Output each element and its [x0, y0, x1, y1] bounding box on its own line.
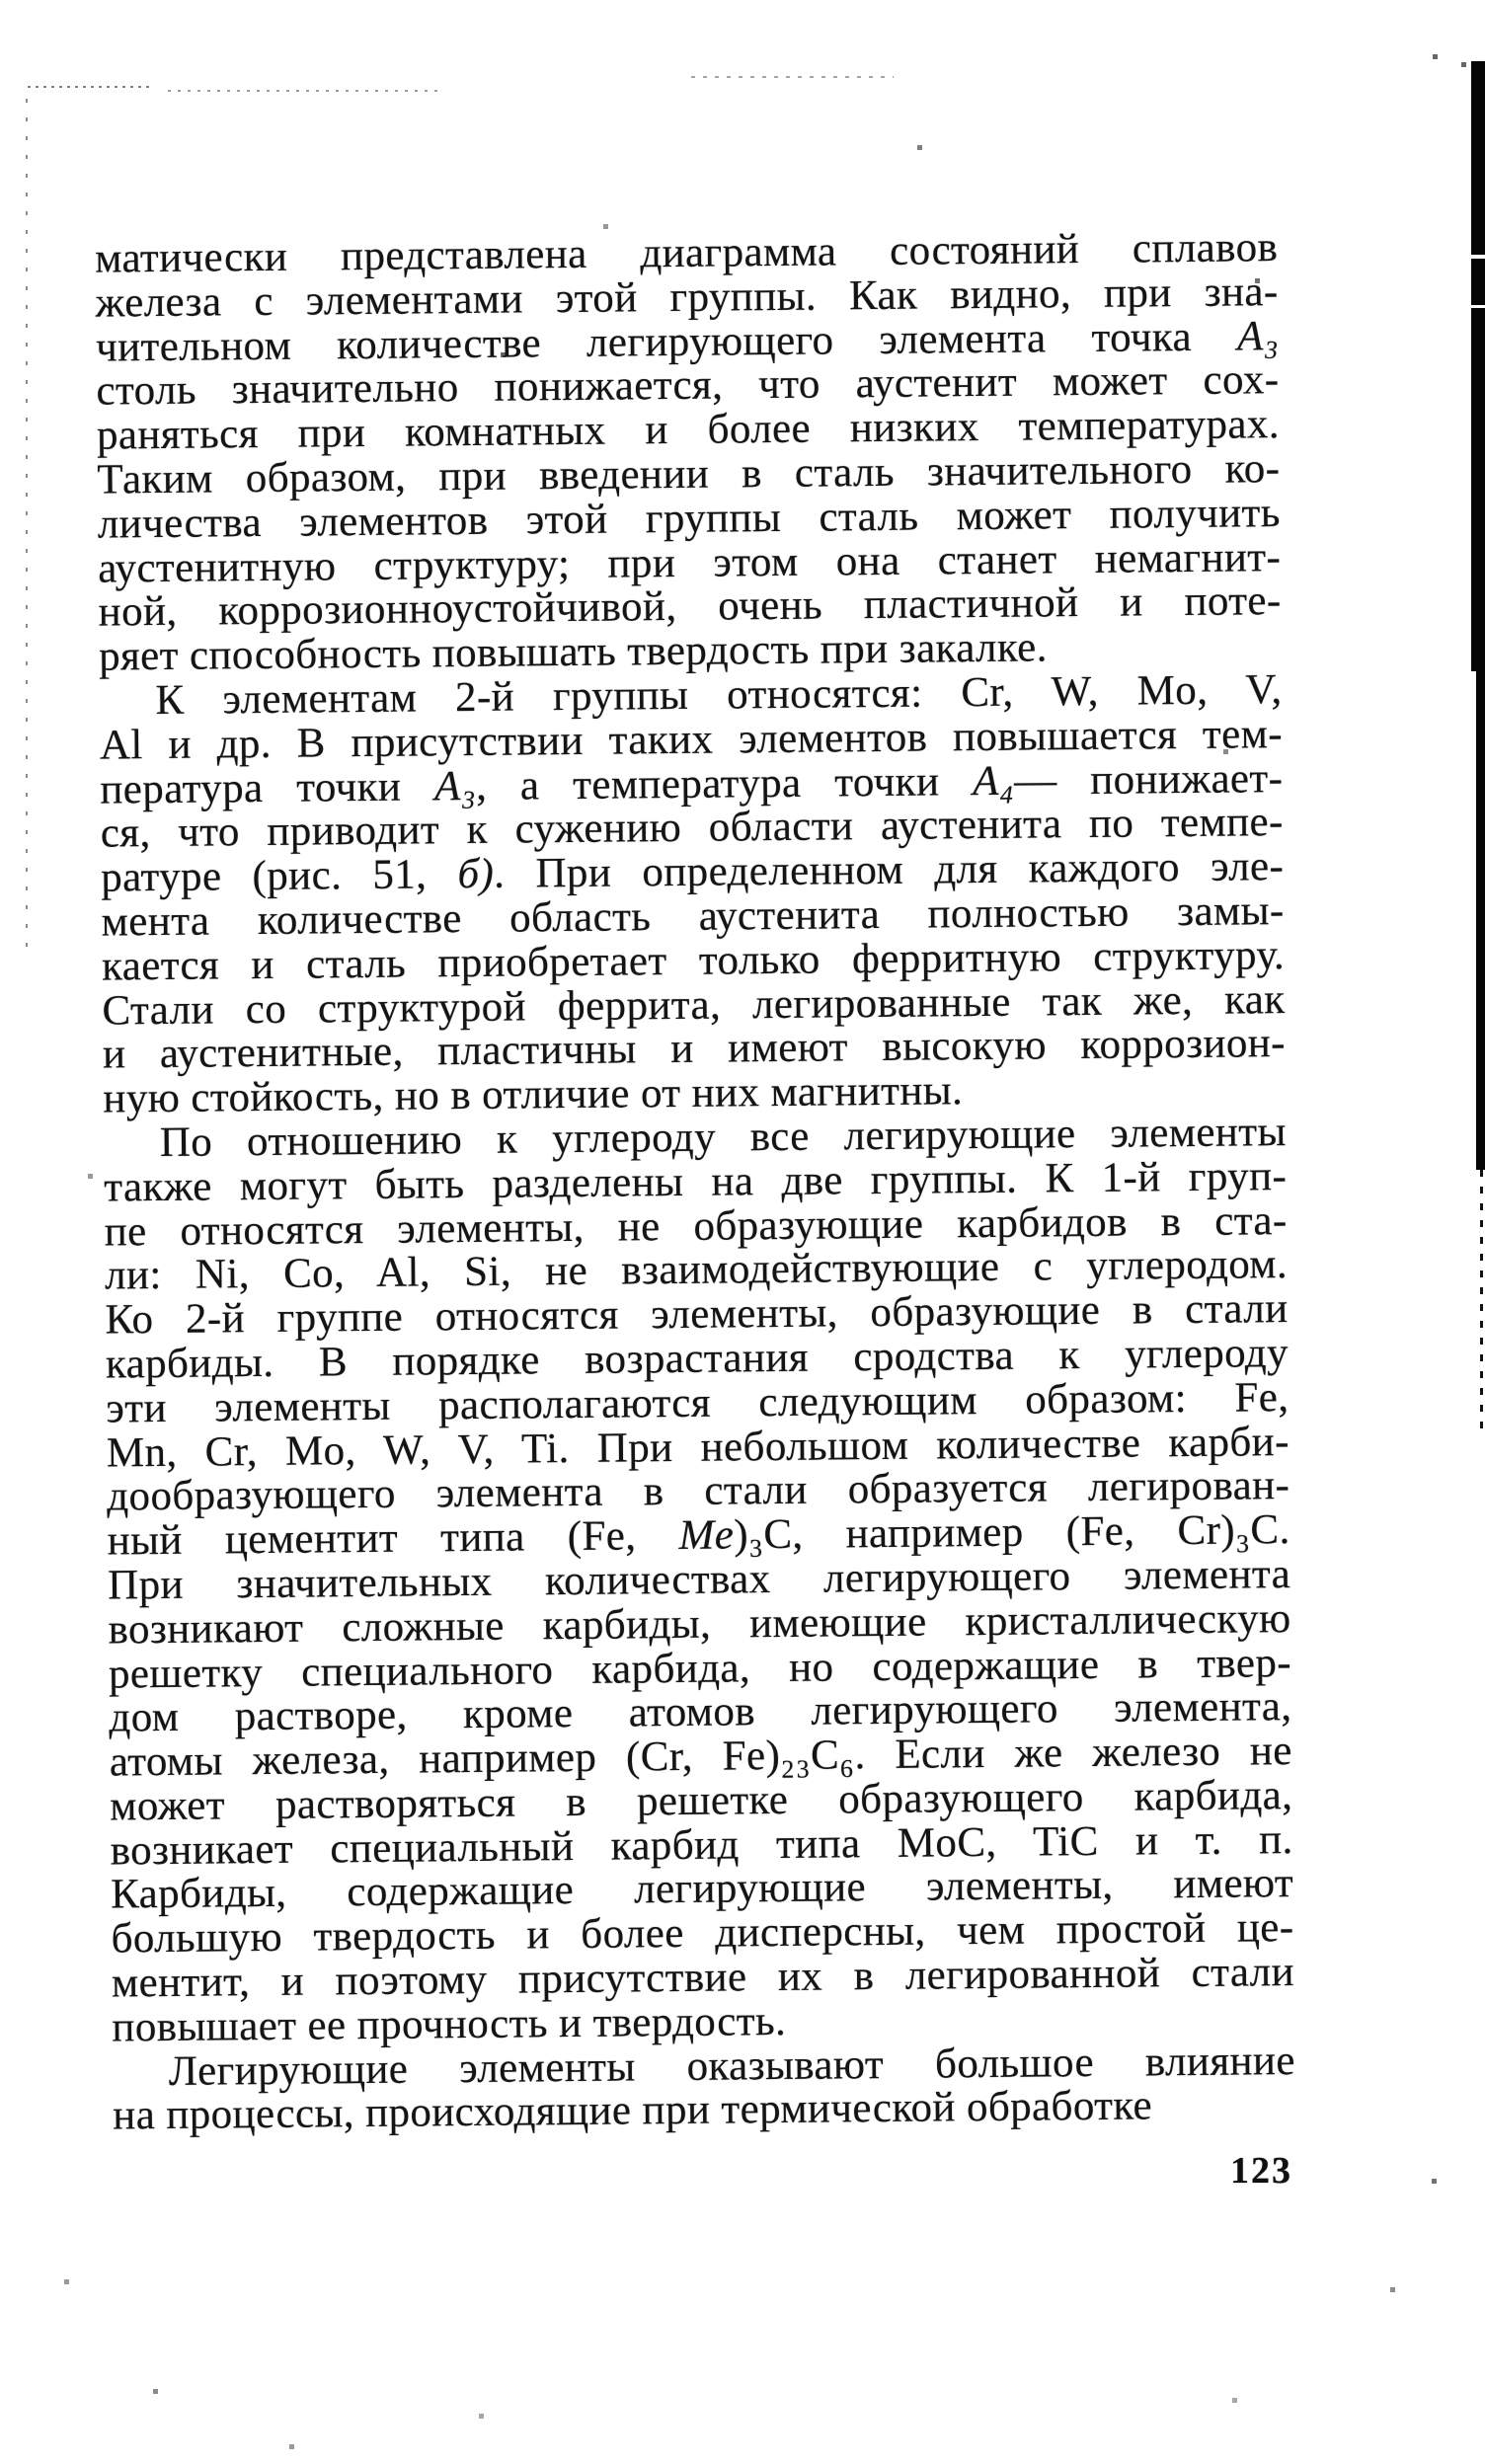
text-line: на процессы, происходящие при термическо…: [113, 2083, 1295, 2138]
scan-artifact-dotted-vertical: [26, 99, 28, 958]
scan-artifact-edge-gap: [1471, 255, 1485, 259]
scan-artifact-dotted-line: [691, 76, 894, 78]
text-block: матически представлена диаграмма состоян…: [95, 226, 1295, 2139]
scan-speckles: [0, 0, 3, 3]
scan-artifact-edge-gap: [1471, 305, 1485, 308]
scan-artifact-right-edge-dashes: [1480, 1170, 1483, 1431]
page-number: 123: [1230, 2149, 1292, 2193]
scanned-book-page: { "document": { "page_number": "123", "i…: [0, 0, 1485, 2464]
scan-artifact-dotted-line: [168, 90, 439, 92]
scan-artifact-dotted-line: [28, 86, 151, 88]
scan-artifact-right-edge-band: [1471, 61, 1485, 671]
scan-artifact-right-edge-band: [1476, 671, 1485, 1170]
